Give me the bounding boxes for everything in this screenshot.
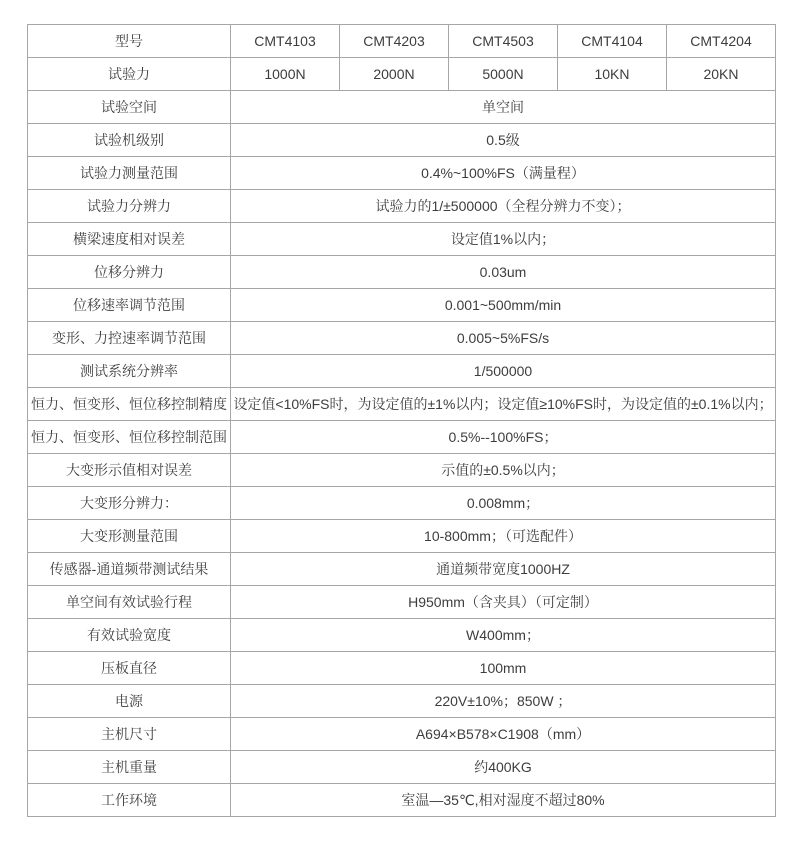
table-row: 单空间有效试验行程 H950mm（含夹具）（可定制） [28, 586, 776, 619]
table-row: 试验力测量范围 0.4%~100%FS（满量程） [28, 157, 776, 190]
row-value: 0.005~5%FS/s [231, 322, 776, 355]
row-label: 工作环境 [28, 784, 231, 817]
table-row: 大变形测量范围 10-800mm；（可选配件） [28, 520, 776, 553]
row-value: 约400KG [231, 751, 776, 784]
row-value: 220V±10%；850W ； [231, 685, 776, 718]
row-label: 压板直径 [28, 652, 231, 685]
row-label: 主机尺寸 [28, 718, 231, 751]
spec-table: 型号 CMT4103 CMT4203 CMT4503 CMT4104 CMT42… [27, 24, 776, 817]
row-label: 主机重量 [28, 751, 231, 784]
row-label: 恒力、恒变形、恒位移控制精度 [28, 388, 231, 421]
row-value: 10-800mm；（可选配件） [231, 520, 776, 553]
force-value: 2000N [340, 58, 449, 91]
force-value: 20KN [667, 58, 776, 91]
row-value: 试验力的1/±500000（全程分辨力不变）； [231, 190, 776, 223]
table-row: 有效试验宽度 W400mm； [28, 619, 776, 652]
row-label: 型号 [28, 25, 231, 58]
row-label: 电源 [28, 685, 231, 718]
page: 型号 CMT4103 CMT4203 CMT4503 CMT4104 CMT42… [0, 0, 802, 844]
row-label: 有效试验宽度 [28, 619, 231, 652]
row-label: 测试系统分辨率 [28, 355, 231, 388]
row-value: 0.5%--100%FS； [231, 421, 776, 454]
row-label: 位移速率调节范围 [28, 289, 231, 322]
row-value: 0.03um [231, 256, 776, 289]
row-label: 恒力、恒变形、恒位移控制范围 [28, 421, 231, 454]
model-value: CMT4503 [449, 25, 558, 58]
force-value: 1000N [231, 58, 340, 91]
row-label: 单空间有效试验行程 [28, 586, 231, 619]
table-row: 电源 220V±10%；850W ； [28, 685, 776, 718]
row-value: 0.4%~100%FS（满量程） [231, 157, 776, 190]
table-row: 试验空间 单空间 [28, 91, 776, 124]
row-label: 试验力测量范围 [28, 157, 231, 190]
row-label: 大变形示值相对误差 [28, 454, 231, 487]
table-row: 主机重量 约400KG [28, 751, 776, 784]
table-row: 位移速率调节范围 0.001~500mm/min [28, 289, 776, 322]
row-value: 100mm [231, 652, 776, 685]
force-value: 10KN [558, 58, 667, 91]
row-label: 大变形分辨力： [28, 487, 231, 520]
table-row: 试验机级别 0.5级 [28, 124, 776, 157]
row-label: 大变形测量范围 [28, 520, 231, 553]
row-label: 横梁速度相对误差 [28, 223, 231, 256]
row-label: 变形、力控速率调节范围 [28, 322, 231, 355]
force-value: 5000N [449, 58, 558, 91]
row-value: 单空间 [231, 91, 776, 124]
row-value: 0.008mm； [231, 487, 776, 520]
row-value: 0.5级 [231, 124, 776, 157]
table-row: 试验力分辨力 试验力的1/±500000（全程分辨力不变）； [28, 190, 776, 223]
table-row: 位移分辨力 0.03um [28, 256, 776, 289]
table-row: 恒力、恒变形、恒位移控制精度 设定值<10%FS时，为设定值的±1%以内；设定值… [28, 388, 776, 421]
model-value: CMT4203 [340, 25, 449, 58]
model-value: CMT4104 [558, 25, 667, 58]
row-value: W400mm； [231, 619, 776, 652]
row-label: 试验机级别 [28, 124, 231, 157]
row-label: 试验力分辨力 [28, 190, 231, 223]
table-row: 压板直径 100mm [28, 652, 776, 685]
table-row: 测试系统分辨率 1/500000 [28, 355, 776, 388]
model-value: CMT4103 [231, 25, 340, 58]
row-value: 示值的±0.5%以内； [231, 454, 776, 487]
row-value: 通道频带宽度1000HZ [231, 553, 776, 586]
table-row-model: 型号 CMT4103 CMT4203 CMT4503 CMT4104 CMT42… [28, 25, 776, 58]
row-label: 试验空间 [28, 91, 231, 124]
table-row: 大变形分辨力： 0.008mm； [28, 487, 776, 520]
row-value: H950mm（含夹具）（可定制） [231, 586, 776, 619]
table-row: 变形、力控速率调节范围 0.005~5%FS/s [28, 322, 776, 355]
row-value: 0.001~500mm/min [231, 289, 776, 322]
table-row: 工作环境 室温—35℃,相对湿度不超过80% [28, 784, 776, 817]
table-row: 传感器-通道频带测试结果 通道频带宽度1000HZ [28, 553, 776, 586]
row-label: 位移分辨力 [28, 256, 231, 289]
table-row: 横梁速度相对误差 设定值1%以内； [28, 223, 776, 256]
row-label: 试验力 [28, 58, 231, 91]
row-value: 设定值1%以内； [231, 223, 776, 256]
row-value: A694×B578×C1908（mm） [231, 718, 776, 751]
model-value: CMT4204 [667, 25, 776, 58]
table-row: 恒力、恒变形、恒位移控制范围 0.5%--100%FS； [28, 421, 776, 454]
row-label: 传感器-通道频带测试结果 [28, 553, 231, 586]
table-row: 大变形示值相对误差 示值的±0.5%以内； [28, 454, 776, 487]
row-value: 室温—35℃,相对湿度不超过80% [231, 784, 776, 817]
row-value: 设定值<10%FS时，为设定值的±1%以内；设定值≥10%FS时，为设定值的±0… [231, 388, 776, 421]
table-row-force: 试验力 1000N 2000N 5000N 10KN 20KN [28, 58, 776, 91]
row-value: 1/500000 [231, 355, 776, 388]
table-row: 主机尺寸 A694×B578×C1908（mm） [28, 718, 776, 751]
